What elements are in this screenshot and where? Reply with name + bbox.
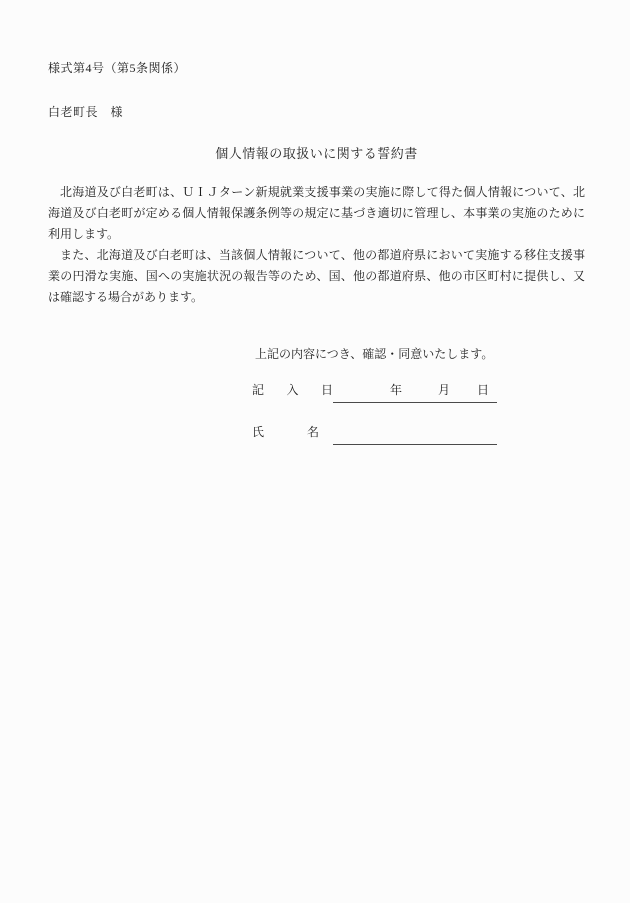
entry-date-label-char: 日 bbox=[321, 381, 333, 398]
name-row: 氏 名 bbox=[252, 423, 585, 445]
paragraph-handling: 北海道及び白老町は、ＵＩＪターン新規就業支援事業の実施に際して得た個人情報につい… bbox=[48, 182, 585, 245]
entry-date-label-char: 記 bbox=[252, 381, 264, 398]
name-label-char: 氏 bbox=[252, 423, 264, 440]
entry-date-label-char: 入 bbox=[286, 381, 298, 398]
month-suffix: 月 bbox=[438, 381, 450, 398]
consent-statement: 上記の内容につき、確認・同意いたします。 bbox=[255, 344, 585, 365]
document-title: 個人情報の取扱いに関する誓約書 bbox=[48, 144, 585, 164]
entry-date-row: 記 入 日 年 月 日 bbox=[252, 381, 585, 403]
form-number: 様式第4号（第5条関係） bbox=[48, 58, 585, 78]
name-label: 氏 名 bbox=[252, 423, 319, 440]
year-suffix: 年 bbox=[390, 381, 402, 398]
paragraph-provision: また、北海道及び白老町は、当該個人情報について、他の都道府県において実施する移住… bbox=[48, 245, 585, 308]
name-blank-line bbox=[333, 425, 497, 445]
entry-date-blank-line: 年 月 日 bbox=[333, 381, 497, 403]
name-label-char: 名 bbox=[307, 423, 319, 440]
body-paragraphs: 北海道及び白老町は、ＵＩＪターン新規就業支援事業の実施に際して得た個人情報につい… bbox=[48, 182, 585, 308]
document-page: 様式第4号（第5条関係） 白老町長 様 個人情報の取扱いに関する誓約書 北海道及… bbox=[0, 0, 630, 903]
addressee: 白老町長 様 bbox=[48, 102, 585, 122]
day-suffix: 日 bbox=[477, 381, 489, 398]
entry-date-label: 記 入 日 bbox=[252, 381, 333, 398]
